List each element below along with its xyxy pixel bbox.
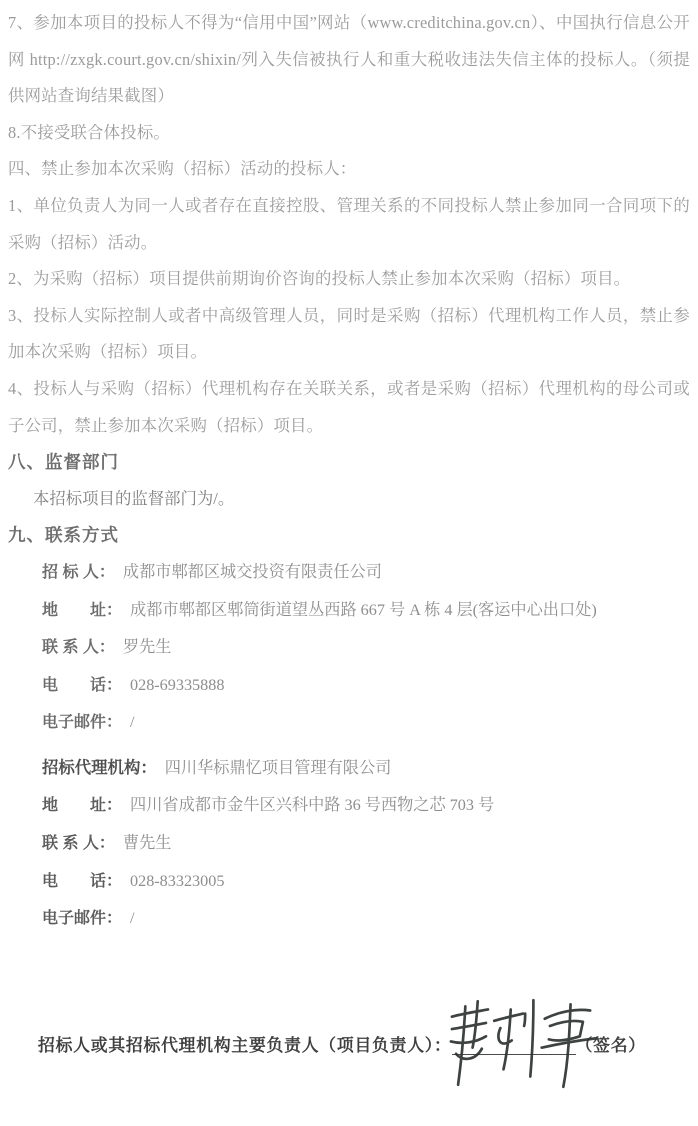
- tenderer-name-label: 招 标 人：: [42, 564, 115, 581]
- agency-address-row: 地 址：四川省成都市金牛区兴科中路 36 号西物之芯 703 号: [8, 787, 690, 825]
- agency-contact-person-label: 联 系 人：: [42, 835, 115, 852]
- agency-name-row: 招标代理机构：四川华标鼎忆项目管理有限公司: [8, 750, 690, 788]
- tender-document-page: 7、参加本项目的投标人不得为“信用中国”网站（www.creditchina.g…: [0, 0, 698, 1126]
- agency-email-value: /: [130, 909, 135, 927]
- tenderer-name-value: 成都市郫都区城交投资有限责任公司: [123, 563, 382, 581]
- agency-phone-label: 电 话：: [42, 873, 122, 890]
- clause-7-credit-blacklist: 7、参加本项目的投标人不得为“信用中国”网站（www.creditchina.g…: [8, 5, 690, 115]
- prohibited-item-2: 2、为采购（招标）项目提供前期询价咨询的投标人禁止参加本次采购（招标）项目。: [8, 261, 690, 298]
- signature-line: 招标人或其招标代理机构主要负责人（项目负责人）： 曹利军: [38, 1030, 646, 1056]
- tenderer-email-value: /: [130, 713, 135, 731]
- tenderer-phone-value: 028-69335888: [130, 676, 224, 694]
- prohibited-item-4: 4、投标人与采购（招标）代理机构存在关联关系，或者是采购（招标）代理机构的母公司…: [8, 371, 690, 444]
- agency-contact-block: 招标代理机构：四川华标鼎忆项目管理有限公司 地 址：四川省成都市金牛区兴科中路 …: [8, 750, 690, 938]
- agency-email-row: 电子邮件：/: [8, 900, 690, 938]
- supervision-body: 本招标项目的监督部门为/。: [8, 481, 690, 518]
- section-4-prohibited-bidders-heading: 四、禁止参加本次采购（招标）活动的投标人：: [8, 151, 690, 188]
- section-8-supervision-heading: 八、监督部门: [8, 444, 690, 481]
- tenderer-contact-person-value: 罗先生: [123, 638, 172, 656]
- tenderer-contact-block: 招 标 人：成都市郫都区城交投资有限责任公司 地 址：成都市郫都区郫筒街道望丛西…: [8, 554, 690, 742]
- tenderer-email-label: 电子邮件：: [42, 714, 122, 731]
- agency-phone-row: 电 话：028-83323005: [8, 863, 690, 901]
- prohibited-item-1: 1、单位负责人为同一人或者存在直接控股、管理关系的不同投标人禁止参加同一合同项下…: [8, 188, 690, 261]
- tenderer-name-row: 招 标 人：成都市郫都区城交投资有限责任公司: [8, 554, 690, 592]
- tenderer-address-row: 地 址：成都市郫都区郫筒街道望丛西路 667 号 A 栋 4 层(客运中心出口处…: [8, 592, 690, 630]
- tenderer-address-label: 地 址：: [42, 602, 122, 619]
- agency-contact-person-row: 联 系 人：曹先生: [8, 825, 690, 863]
- signature-prefix-text: 招标人或其招标代理机构主要负责人（项目负责人）：: [38, 1036, 452, 1055]
- clause-8-no-consortium: 8.不接受联合体投标。: [8, 115, 690, 152]
- agency-address-label: 地 址：: [42, 797, 122, 814]
- agency-phone-value: 028-83323005: [130, 872, 224, 890]
- tenderer-phone-label: 电 话：: [42, 677, 122, 694]
- tenderer-phone-row: 电 话：028-69335888: [8, 667, 690, 705]
- tenderer-contact-person-label: 联 系 人：: [42, 639, 115, 656]
- tenderer-address-value: 成都市郫都区郫筒街道望丛西路 667 号 A 栋 4 层(客运中心出口处): [130, 601, 597, 619]
- agency-name-label: 招标代理机构：: [42, 759, 157, 777]
- tenderer-email-row: 电子邮件：/: [8, 704, 690, 742]
- handwritten-signature: [442, 994, 598, 1092]
- prohibited-item-3: 3、投标人实际控制人或者中高级管理人员，同时是采购（招标）代理机构工作人员，禁止…: [8, 298, 690, 371]
- signature-slot: 曹利军: [452, 1030, 576, 1055]
- agency-name-value: 四川华标鼎忆项目管理有限公司: [165, 759, 392, 777]
- agency-contact-person-value: 曹先生: [123, 834, 172, 852]
- tenderer-contact-person-row: 联 系 人：罗先生: [8, 629, 690, 667]
- section-9-contact-heading: 九、联系方式: [8, 517, 690, 554]
- agency-address-value: 四川省成都市金牛区兴科中路 36 号西物之芯 703 号: [130, 796, 494, 814]
- agency-email-label: 电子邮件：: [42, 910, 122, 927]
